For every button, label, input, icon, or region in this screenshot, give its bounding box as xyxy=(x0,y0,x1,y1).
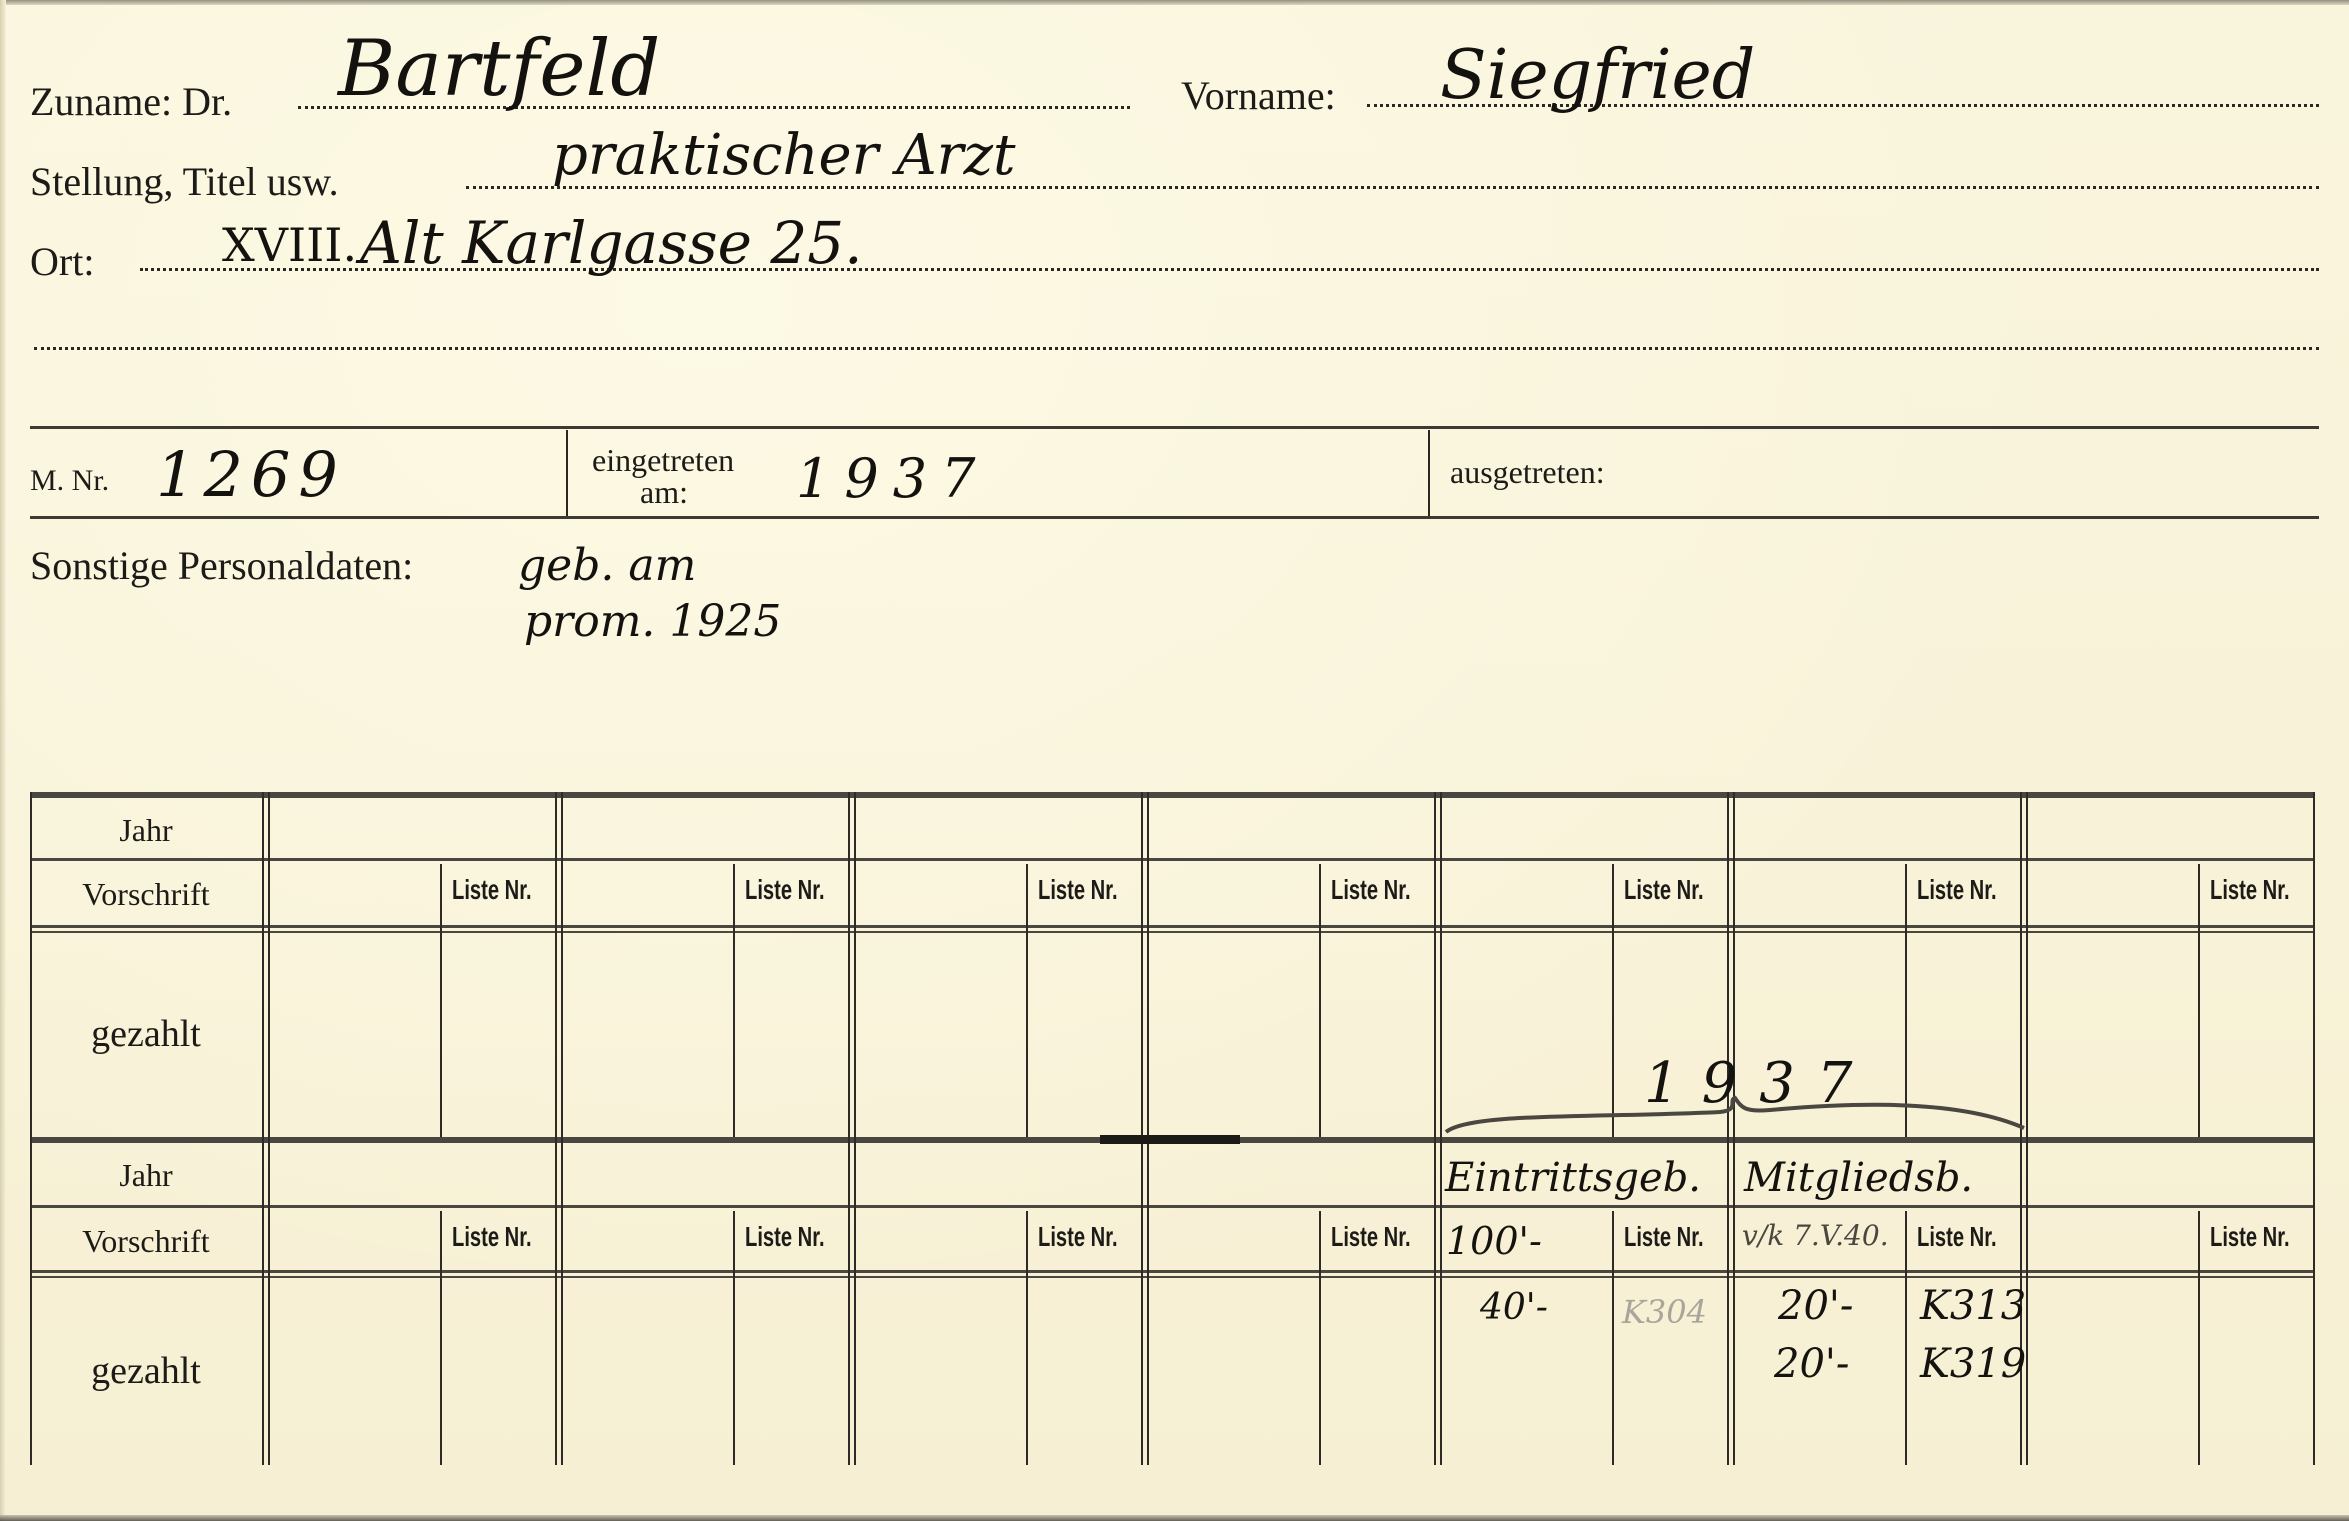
vorname-label: Vorname: xyxy=(1181,76,1336,116)
upper-row-label-gezahlt: gezahlt xyxy=(30,1015,262,1053)
lower-year-divider-b xyxy=(268,1137,270,1465)
personal-data-line-1: geb. am xyxy=(518,544,696,588)
ort-district: XVIII. xyxy=(222,222,357,268)
lower-liste-nr-header: Liste Nr. xyxy=(745,1223,825,1251)
card-top-edge xyxy=(0,0,2349,5)
upper-liste-divider xyxy=(1026,864,1028,1137)
lower-liste-col6-2: K319 xyxy=(1920,1344,2026,1384)
address-extra-line xyxy=(34,347,2319,350)
lower-vorschrift-rule-b xyxy=(30,1276,2313,1278)
lower-year-divider-b xyxy=(561,1137,563,1465)
lower-liste-nr-header: Liste Nr. xyxy=(1331,1223,1411,1251)
upper-year-divider-a xyxy=(1434,792,1436,1137)
lower-liste-divider xyxy=(733,1211,735,1465)
upper-liste-nr-header: Liste Nr. xyxy=(1917,876,1997,904)
zuname-value: Bartfeld xyxy=(338,30,660,108)
personal-data-line-2: prom. 1925 xyxy=(524,600,781,644)
lower-liste-nr-header: Liste Nr. xyxy=(452,1223,532,1251)
lower-year-divider-a xyxy=(848,1137,850,1465)
upper-year-divider-b xyxy=(1440,792,1442,1137)
upper-liste-nr-header: Liste Nr. xyxy=(1624,876,1704,904)
lower-liste-col5-1: K304 xyxy=(1622,1296,1707,1328)
upper-liste-divider xyxy=(1905,864,1907,1137)
upper-year-divider-a xyxy=(2020,792,2022,1137)
lower-year-divider-b xyxy=(1147,1137,1149,1465)
membership-bottom-rule xyxy=(30,516,2319,519)
card-bottom-edge xyxy=(0,1515,2349,1521)
upper-liste-nr-header: Liste Nr. xyxy=(452,876,532,904)
upper-vorschrift-rule-a xyxy=(30,925,2313,928)
upper-liste-divider xyxy=(733,864,735,1137)
upper-row-label-vorschrift: Vorschrift xyxy=(30,878,262,910)
vorname-value: Siegfried xyxy=(1440,42,1755,110)
lower-liste-divider xyxy=(1026,1211,1028,1465)
lower-gezahlt-col6-1: 20'- xyxy=(1778,1286,1853,1326)
lower-gezahlt-col5-1: 40'- xyxy=(1480,1290,1548,1326)
upper-year-divider-b xyxy=(1147,792,1149,1137)
lower-liste-nr-header: Liste Nr. xyxy=(1038,1223,1118,1251)
lower-liste-divider xyxy=(2198,1211,2200,1465)
lower-liste-divider xyxy=(440,1211,442,1465)
ausgetreten-label: ausgetreten: xyxy=(1450,456,1605,488)
upper-liste-nr-header: Liste Nr. xyxy=(2210,876,2290,904)
lower-header-mitgliedsbeitrag: Mitgliedsb. xyxy=(1744,1158,1973,1198)
lower-row-label-gezahlt: gezahlt xyxy=(30,1352,262,1390)
lower-year-divider-a xyxy=(1434,1137,1436,1465)
upper-year-divider-b xyxy=(854,792,856,1137)
upper-row-label-jahr: Jahr xyxy=(30,814,262,846)
upper-year-divider-a xyxy=(555,792,557,1137)
upper-table-right-edge xyxy=(2313,792,2315,1137)
card-left-edge xyxy=(0,0,6,1521)
lower-liste-nr-header: Liste Nr. xyxy=(1917,1223,1997,1251)
upper-liste-nr-header: Liste Nr. xyxy=(745,876,825,904)
membership-divider-1 xyxy=(566,430,568,516)
upper-liste-divider xyxy=(1319,864,1321,1137)
lower-liste-nr-header: Liste Nr. xyxy=(1624,1223,1704,1251)
upper-liste-divider xyxy=(2198,864,2200,1137)
upper-annotation-year: 1937 xyxy=(1644,1056,1875,1112)
upper-liste-nr-header: Liste Nr. xyxy=(1331,876,1411,904)
upper-table-top-rule xyxy=(30,792,2313,798)
lower-vorschrift-col5: 100'- xyxy=(1446,1222,1542,1260)
member-record-card: Zuname: Dr. Bartfeld Vorname: Siegfried … xyxy=(0,0,2349,1521)
eingetreten-value: 1937 xyxy=(796,452,989,506)
lower-year-divider-b xyxy=(854,1137,856,1465)
eingetreten-label: eingetreten xyxy=(592,444,734,476)
lower-vorschrift-rule-a xyxy=(30,1270,2313,1273)
stellung-value: praktischer Arzt xyxy=(552,128,1015,184)
ort-label: Ort: xyxy=(30,242,94,282)
lower-liste-col6-1: K313 xyxy=(1920,1286,2026,1326)
mnr-label: M. Nr. xyxy=(30,466,109,496)
lower-gezahlt-col6-2: 20'- xyxy=(1774,1344,1849,1384)
lower-year-divider-b xyxy=(1733,1137,1735,1465)
upper-liste-nr-header: Liste Nr. xyxy=(1038,876,1118,904)
upper-year-divider-b xyxy=(561,792,563,1137)
upper-year-divider-a xyxy=(848,792,850,1137)
lower-table-right-edge xyxy=(2313,1137,2315,1465)
lower-liste-divider xyxy=(1319,1211,1321,1465)
lower-year-divider-b xyxy=(2026,1137,2028,1465)
lower-liste-divider xyxy=(1905,1211,1907,1465)
lower-liste-nr-header: Liste Nr. xyxy=(2210,1223,2290,1251)
lower-year-divider-a xyxy=(555,1137,557,1465)
upper-jahr-rule xyxy=(30,858,2313,861)
lower-liste-divider xyxy=(1612,1211,1614,1465)
lower-year-divider-a xyxy=(1727,1137,1729,1465)
upper-year-divider-a xyxy=(1141,792,1143,1137)
upper-year-divider-a xyxy=(262,792,264,1137)
eingetreten-am-label: am: xyxy=(640,476,688,508)
personal-data-label: Sonstige Personaldaten: xyxy=(30,546,413,586)
mnr-value: 1269 xyxy=(156,444,346,506)
upper-liste-divider xyxy=(1612,864,1614,1137)
upper-year-divider-b xyxy=(2026,792,2028,1137)
upper-liste-divider xyxy=(440,864,442,1137)
zuname-label: Zuname: Dr. xyxy=(30,82,232,122)
membership-top-rule xyxy=(30,426,2319,429)
lower-header-eintrittsgebuehr: Eintrittsgeb. xyxy=(1445,1158,1701,1198)
lower-jahr-rule xyxy=(30,1205,2313,1208)
stellung-label: Stellung, Titel usw. xyxy=(30,162,339,202)
lower-vorschrift-col6: v/k 7.V.40. xyxy=(1742,1222,1889,1250)
upper-vorschrift-rule-b xyxy=(30,931,2313,933)
lower-year-divider-a xyxy=(262,1137,264,1465)
membership-divider-2 xyxy=(1428,430,1430,516)
lower-year-divider-b xyxy=(1440,1137,1442,1465)
ort-value: Alt Karlgasse 25. xyxy=(360,214,863,272)
table-separator-mark xyxy=(1100,1135,1240,1144)
lower-row-label-jahr: Jahr xyxy=(30,1159,262,1191)
lower-year-divider-a xyxy=(1141,1137,1143,1465)
lower-row-label-vorschrift: Vorschrift xyxy=(30,1225,262,1257)
upper-year-divider-b xyxy=(268,792,270,1137)
